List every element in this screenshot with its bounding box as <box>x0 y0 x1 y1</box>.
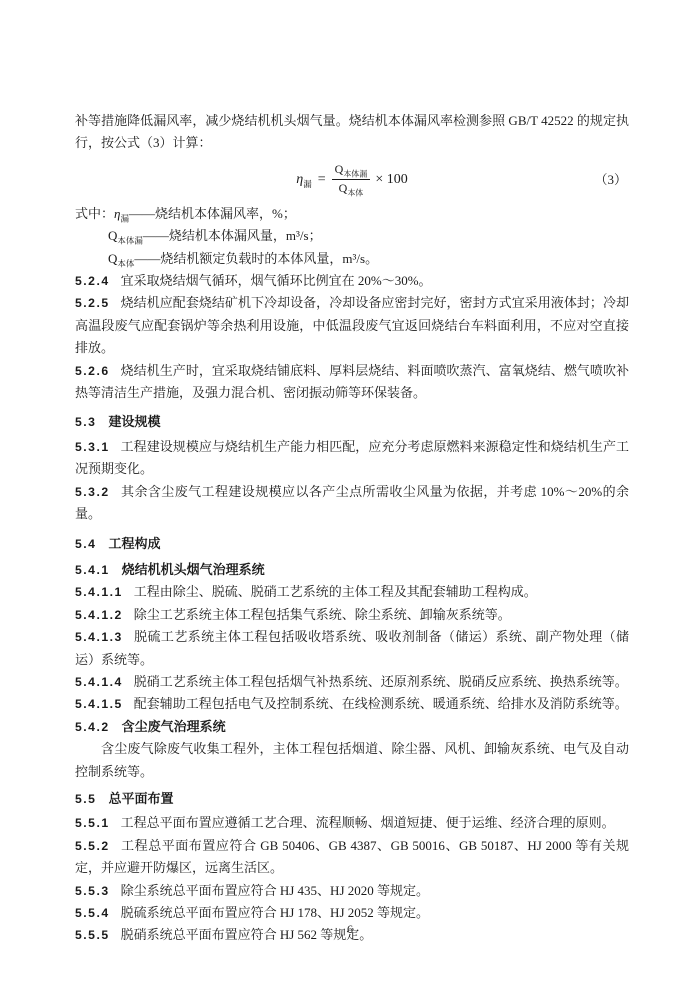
section-heading-5-4: 5.4工程构成 <box>75 533 629 555</box>
legend-symbol: Q <box>108 228 117 243</box>
fraction: Q本体漏 Q本体 <box>332 162 371 198</box>
section-number: 5.4 <box>75 537 96 551</box>
clause-5-4-1-5: 5.4.1.5配套辅助工程包括电气及控制系统、在线检测系统、暖通系统、给排水及消… <box>75 693 629 715</box>
legend-line: 式中：η漏——烧结机本体漏风率，%； <box>75 203 629 225</box>
denominator-symbol: Q <box>339 181 348 195</box>
clause-number: 5.2.6 <box>75 364 110 378</box>
section-title: 建设规模 <box>108 414 160 429</box>
section-number: 5.3 <box>75 415 96 429</box>
clause-5-3-2: 5.3.2其余含尘废气工程建设规模应以各产尘点所需收尘风量为依据，并考虑 10%… <box>75 481 629 526</box>
eta-subscript: 漏 <box>303 178 312 188</box>
legend-description: ——烧结机额定负载时的本体风量，m³/s。 <box>134 251 378 266</box>
clause-number: 5.3.2 <box>75 485 110 499</box>
page-content: 补等措施降低漏风率，减少烧结机机头烟气量。烧结机本体漏风率检测参照 GB/T 4… <box>75 110 629 947</box>
clause-text: 其余含尘废气工程建设规模应以各产尘点所需收尘风量为依据，并考虑 10%～20%的… <box>75 484 629 521</box>
clause-number: 5.5.3 <box>75 884 110 898</box>
clause-text: 工程总平面布置应遵循工艺合理、流程顺畅、烟道短捷、便于运维、经济合理的原则。 <box>121 815 615 830</box>
clause-number: 5.2.5 <box>75 296 110 310</box>
clause-5-4-1-4: 5.4.1.4脱硝工艺系统主体工程包括烟气补热系统、还原剂系统、脱硝反应系统、换… <box>75 671 629 693</box>
section-title: 总平面布置 <box>108 791 173 806</box>
document-page: 补等措施降低漏风率，减少烧结机机头烟气量。烧结机本体漏风率检测参照 GB/T 4… <box>0 0 700 989</box>
equation-number: （3） <box>594 169 627 191</box>
section-title: 烧结机机头烟气治理系统 <box>122 562 265 577</box>
clause-number: 5.5.4 <box>75 906 110 920</box>
formula: η漏 = Q本体漏 Q本体 × 100 <box>296 162 407 198</box>
numerator-subscript: 本体漏 <box>343 169 367 178</box>
clause-text: 宜采取烧结烟气循环，烟气循环比例宜在 20%～30%。 <box>121 273 432 288</box>
clause-5-4-1-1: 5.4.1.1工程由除尘、脱硫、脱硝工艺系统的主体工程及其配套辅助工程构成。 <box>75 581 629 603</box>
clause-text: 除尘工艺系统主体工程包括集气系统、除尘系统、卸输灰系统等。 <box>134 607 511 622</box>
clause-text: 脱硫工艺系统主体工程包括吸收塔系统、吸收剂制备（储运）系统、副产物处理（储运）系… <box>75 629 629 666</box>
clause-text: 配套辅助工程包括电气及控制系统、在线检测系统、暖通系统、给排水及消防系统等。 <box>134 696 628 711</box>
clause-5-5-2: 5.5.2工程总平面布置应符合 GB 50406、GB 4387、GB 5001… <box>75 835 629 880</box>
legend-description: ——烧结机本体漏风量，m³/s； <box>143 228 322 243</box>
legend-line: Q本体——烧结机额定负载时的本体风量，m³/s。 <box>75 248 629 270</box>
section-title: 含尘废气治理系统 <box>122 719 226 734</box>
equals-sign: = <box>318 172 326 188</box>
clause-number: 5.4.1.3 <box>75 630 123 644</box>
fraction-numerator: Q本体漏 <box>332 162 371 180</box>
clause-text: 烧结机应配套烧结矿机下冷却设备，冷却设备应密封完好，密封方式宜采用液体封；冷却高… <box>75 295 629 355</box>
legend-label: 式中： <box>75 206 114 221</box>
fraction-denominator: Q本体 <box>339 180 364 197</box>
legend-description: ——烧结机本体漏风率，%； <box>129 206 296 221</box>
page-number: 6 <box>0 922 700 937</box>
clause-5-2-4: 5.2.4宜采取烧结烟气循环，烟气循环比例宜在 20%～30%。 <box>75 270 629 292</box>
clause-number: 5.4.1.4 <box>75 675 123 689</box>
clause-text: 工程建设规模应与烧结机生产能力相匹配，应充分考虑原燃料来源稳定性和烧结机生产工况… <box>75 439 629 476</box>
clause-text: 脱硫系统总平面布置应符合 HJ 178、HJ 2052 等规定。 <box>121 905 429 920</box>
clause-5-5-3: 5.5.3除尘系统总平面布置应符合 HJ 435、HJ 2020 等规定。 <box>75 880 629 902</box>
clause-number: 5.5.2 <box>75 839 110 853</box>
legend-symbol-subscript: 本体 <box>117 258 134 268</box>
intro-paragraph: 补等措施降低漏风率，减少烧结机机头烟气量。烧结机本体漏风率检测参照 GB/T 4… <box>75 110 629 155</box>
denominator-subscript: 本体 <box>347 189 363 198</box>
subsection-heading-5-4-1: 5.4.1烧结机机头烟气治理系统 <box>75 559 629 581</box>
clause-5-4-1-3: 5.4.1.3脱硫工艺系统主体工程包括吸收塔系统、吸收剂制备（储运）系统、副产物… <box>75 626 629 671</box>
clause-5-4-1-2: 5.4.1.2除尘工艺系统主体工程包括集气系统、除尘系统、卸输灰系统等。 <box>75 604 629 626</box>
legend-symbol: Q <box>108 251 117 266</box>
clause-text: 工程总平面布置应符合 GB 50406、GB 4387、GB 50016、GB … <box>75 838 629 875</box>
formula-lhs: η漏 <box>296 172 311 188</box>
clause-number: 5.4.1.1 <box>75 585 123 599</box>
clause-text: 除尘系统总平面布置应符合 HJ 435、HJ 2020 等规定。 <box>121 883 429 898</box>
legend-symbol-subscript: 漏 <box>120 213 129 223</box>
section-title: 工程构成 <box>108 536 160 551</box>
formula-block: η漏 = Q本体漏 Q本体 × 100 （3） <box>75 159 629 201</box>
clause-5-3-1: 5.3.1工程建设规模应与烧结机生产能力相匹配，应充分考虑原燃料来源稳定性和烧结… <box>75 436 629 481</box>
clause-5-2-6: 5.2.6烧结机生产时，宜采取烧结铺底料、厚料层烧结、料面喷吹蒸汽、富氧烧结、燃… <box>75 360 629 405</box>
section-heading-5-5: 5.5总平面布置 <box>75 788 629 810</box>
section-number: 5.4.2 <box>75 720 110 734</box>
body-paragraph: 含尘废气除废气收集工程外，主体工程包括烟道、除尘器、风机、卸输灰系统、电气及自动… <box>75 738 629 783</box>
section-heading-5-3: 5.3建设规模 <box>75 411 629 433</box>
clause-text: 脱硝工艺系统主体工程包括烟气补热系统、还原剂系统、脱硝反应系统、换热系统等。 <box>134 674 628 689</box>
formula-legend: 式中：η漏——烧结机本体漏风率，%； Q本体漏——烧结机本体漏风量，m³/s； … <box>75 203 629 270</box>
clause-5-2-5: 5.2.5烧结机应配套烧结矿机下冷却设备，冷却设备应密封完好，密封方式宜采用液体… <box>75 292 629 359</box>
clause-number: 5.4.1.2 <box>75 608 123 622</box>
clause-5-5-1: 5.5.1工程总平面布置应遵循工艺合理、流程顺畅、烟道短捷、便于运维、经济合理的… <box>75 812 629 834</box>
clause-number: 5.5.1 <box>75 816 110 830</box>
legend-line: Q本体漏——烧结机本体漏风量，m³/s； <box>75 225 629 247</box>
numerator-symbol: Q <box>335 162 344 176</box>
section-number: 5.4.1 <box>75 563 110 577</box>
section-number: 5.5 <box>75 792 96 806</box>
clause-number: 5.4.1.5 <box>75 697 123 711</box>
multiplier: × 100 <box>375 172 407 188</box>
clause-number: 5.3.1 <box>75 440 110 454</box>
clause-text: 烧结机生产时，宜采取烧结铺底料、厚料层烧结、料面喷吹蒸汽、富氧烧结、燃气喷吹补热… <box>75 363 629 400</box>
clause-text: 工程由除尘、脱硫、脱硝工艺系统的主体工程及其配套辅助工程构成。 <box>134 584 537 599</box>
clause-number: 5.2.4 <box>75 274 110 288</box>
legend-symbol-subscript: 本体漏 <box>117 236 143 246</box>
subsection-heading-5-4-2: 5.4.2含尘废气治理系统 <box>75 716 629 738</box>
